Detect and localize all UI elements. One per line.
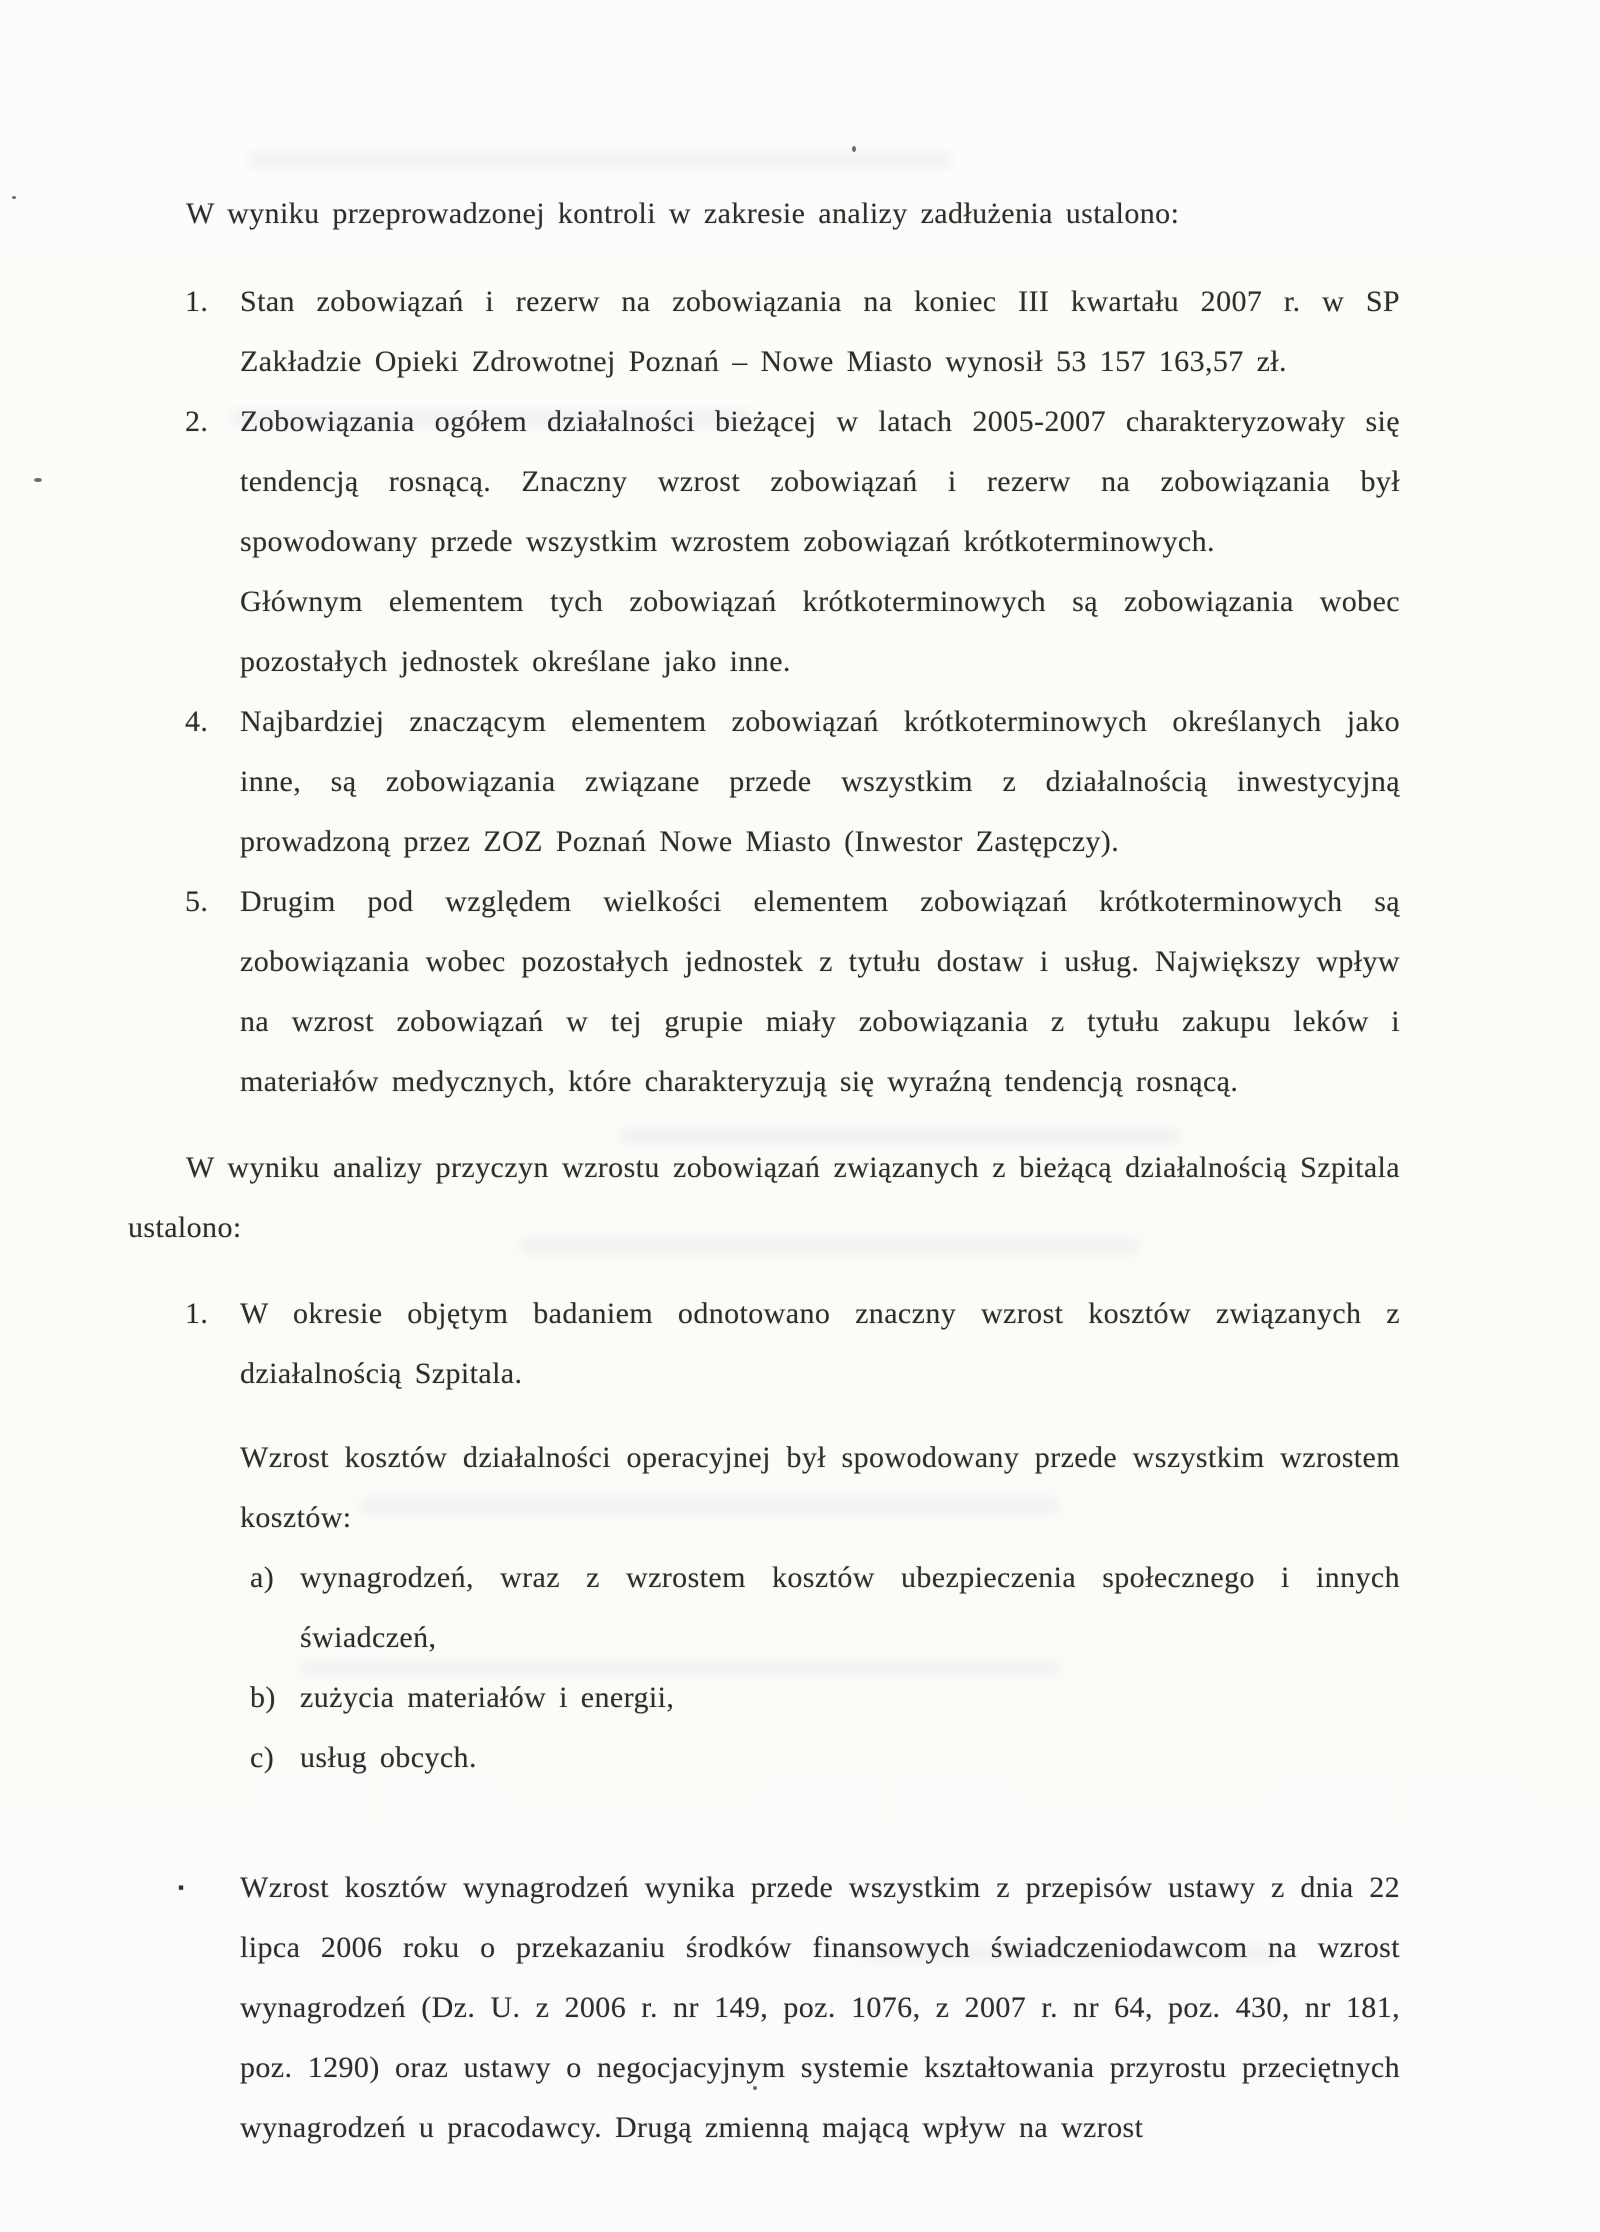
debt-finding-item-1: 1. Stan zobowiązań i rezerw na zobowiąza… — [185, 272, 1400, 392]
ink-speck — [852, 146, 856, 152]
item-letter: a) — [250, 1548, 300, 1668]
item-text: Drugim pod względem wielkości elementem … — [240, 872, 1400, 1112]
item-text: Stan zobowiązań i rezerw na zobowiązania… — [240, 272, 1400, 392]
item-number: 2. — [185, 392, 240, 572]
cost-sub-item-c: c) usług obcych. — [250, 1728, 1400, 1788]
document-body: W wyniku przeprowadzonej kontroli w zakr… — [128, 184, 1400, 2158]
item-text: Wzrost kosztów wynagrodzeń wynika przede… — [240, 1858, 1400, 2158]
item-number: 1. — [185, 1284, 240, 1404]
wages-bullet-paragraph: ▪ Wzrost kosztów wynagrodzeń wynika prze… — [178, 1858, 1400, 2158]
debt-finding-item-5: 5. Drugim pod względem wielkości element… — [185, 872, 1400, 1112]
item-letter: b) — [250, 1668, 300, 1728]
item-text: wynagrodzeń, wraz z wzrostem kosztów ube… — [300, 1548, 1400, 1668]
square-bullet-icon: ▪ — [178, 1858, 240, 2158]
scan-smudge — [250, 152, 950, 168]
debt-finding-item-4: 4. Najbardziej znaczącym elementem zobow… — [185, 692, 1400, 872]
analysis-intro-paragraph: W wyniku analizy przyczyn wzrostu zobowi… — [128, 1138, 1400, 1258]
cost-sub-item-a: a) wynagrodzeń, wraz z wzrostem kosztów … — [250, 1548, 1400, 1668]
item-text: Zobowiązania ogółem działalności bieżące… — [240, 392, 1400, 572]
item-number: 4. — [185, 692, 240, 872]
item-letter: c) — [250, 1728, 300, 1788]
item-text: Najbardziej znaczącym elementem zobowiąz… — [240, 692, 1400, 872]
ink-speck — [12, 196, 16, 199]
debt-finding-item-2: 2. Zobowiązania ogółem działalności bież… — [185, 392, 1400, 572]
item-number: 5. — [185, 872, 240, 1112]
intro-paragraph: W wyniku przeprowadzonej kontroli w zakr… — [128, 184, 1400, 244]
scanned-document-page: W wyniku przeprowadzonej kontroli w zakr… — [0, 0, 1600, 2232]
cost-finding-item-1: 1. W okresie objętym badaniem odnotowano… — [185, 1284, 1400, 1404]
item-text: W okresie objętym badaniem odnotowano zn… — [240, 1284, 1400, 1404]
item-text: Głównym elementem tych zobowiązań krótko… — [240, 572, 1400, 692]
item-text: usług obcych. — [300, 1728, 1400, 1788]
cost-sub-item-b: b) zużycia materiałów i energii, — [250, 1668, 1400, 1728]
item-number: 1. — [185, 272, 240, 392]
item-text: zużycia materiałów i energii, — [300, 1668, 1400, 1728]
ink-speck — [34, 478, 42, 482]
operating-costs-lead: Wzrost kosztów działalności operacyjnej … — [240, 1428, 1400, 1548]
debt-finding-continuation: Głównym elementem tych zobowiązań krótko… — [185, 572, 1400, 692]
